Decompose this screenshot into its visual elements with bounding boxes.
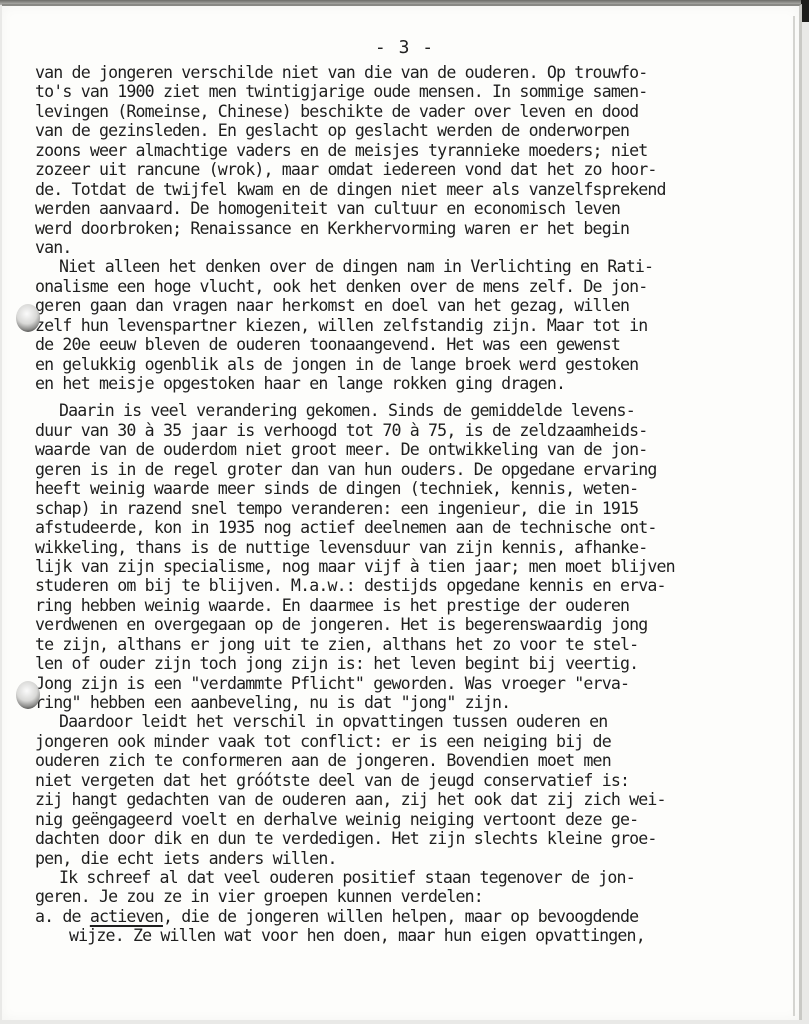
text-line: van. (35, 238, 675, 257)
text-line: niet vergeten dat het gróótste deel van … (35, 771, 675, 790)
list-item-marker: a. de (35, 907, 90, 926)
document-body: van de jongeren verschilde niet van die … (35, 63, 675, 946)
text-line: de 20e eeuw bleven de ouderen toonaangev… (35, 335, 675, 354)
text-line: ouderen zich te conformeren aan de jonge… (35, 751, 675, 770)
text-line: geren. Je zou ze in vier groepen kunnen … (35, 887, 675, 906)
text-line: ring hebben weinig waarde. En daarmee is… (35, 596, 675, 615)
punch-hole-upper (16, 304, 40, 332)
list-item-text: , die de jongeren willen helpen, maar op… (163, 907, 638, 926)
text-line: onalisme een hoge vlucht, ook het denken… (35, 277, 675, 296)
list-item-a: a. de actieven, die de jongeren willen h… (35, 907, 675, 926)
underlined-term: actieven (90, 907, 163, 926)
text-line: schap) in razend snel tempo veranderen: … (35, 499, 675, 518)
text-line: afstudeerde, kon in 1935 nog actief deel… (35, 518, 675, 537)
text-line: en gelukkig ogenblik als de jongen in de… (35, 355, 675, 374)
text-line: studeren om bij te blijven. M.a.w.: dest… (35, 576, 675, 595)
text-line: zij hangt gedachten van de ouderen aan, … (35, 790, 675, 809)
text-line: levingen (Romeinse, Chinese) beschikte d… (35, 102, 675, 121)
list-item-continuation: wijze. Ze willen wat voor hen doen, maar… (35, 926, 675, 945)
text-line: pen, die echt iets anders willen. (35, 849, 675, 868)
punch-hole-lower (16, 681, 40, 709)
text-line: zoons weer almachtige vaders en de meisj… (35, 141, 675, 160)
text-line: Jong zijn is een "verdammte Pflicht" gew… (35, 674, 675, 693)
text-line: heeft weinig waarde meer sinds de dingen… (35, 479, 675, 498)
text-line: geren is in de regel groter dan van hun … (35, 460, 675, 479)
paragraph-start-line: Daardoor leidt het verschil in opvatting… (35, 712, 675, 731)
text-line: jongeren ook minder vaak tot conflict: e… (35, 732, 675, 751)
text-line: duur van 30 à 35 jaar is verhoogd tot 70… (35, 421, 675, 440)
text-line: zozeer uit rancune (wrok), maar omdat ie… (35, 160, 675, 179)
page-right-edge (793, 16, 795, 1016)
text-line: ring" hebben een aanbeveling, nu is dat … (35, 693, 675, 712)
text-line: geren gaan dan vragen naar herkomst en d… (35, 296, 675, 315)
text-line: zelf hun levenspartner kiezen, willen ze… (35, 316, 675, 335)
page-number: - 3 - (0, 37, 809, 58)
paragraph-start-line: Daarin is veel verandering gekomen. Sind… (35, 401, 675, 420)
text-line: werden aanvaard. De homogeniteit van cul… (35, 199, 675, 218)
text-line: de. Totdat de twijfel kwam en de dingen … (35, 180, 675, 199)
text-line: wikkeling, thans is de nuttige levensduu… (35, 538, 675, 557)
text-line: te zijn, althans er jong uit te zien, al… (35, 635, 675, 654)
text-line: nig geëngageerd voelt en derhalve weinig… (35, 810, 675, 829)
text-line: waarde van de ouderdom niet groot meer. … (35, 440, 675, 459)
text-line: van de gezinsleden. En geslacht op gesla… (35, 121, 675, 140)
text-line: en het meisje opgestoken haar en lange r… (35, 374, 675, 393)
text-line: werd doorbroken; Renaissance en Kerkherv… (35, 219, 675, 238)
text-line (35, 393, 675, 401)
paragraph-start-line: Ik schreef al dat veel ouderen positief … (35, 868, 675, 887)
text-line: to's van 1900 ziet men twintigjarige oud… (35, 82, 675, 101)
text-line: dachten door dik en dun te verdedigen. H… (35, 829, 675, 848)
text-line: len of ouder zijn toch jong zijn is: het… (35, 654, 675, 673)
text-line: lijk van zijn specialisme, nog maar vijf… (35, 557, 675, 576)
text-line: van de jongeren verschilde niet van die … (35, 63, 675, 82)
scan-corner-shadow (801, 0, 809, 22)
text-line: verdwenen en overgegaan op de jongeren. … (35, 615, 675, 634)
paragraph-start-line: Niet alleen het denken over de dingen na… (35, 257, 675, 276)
